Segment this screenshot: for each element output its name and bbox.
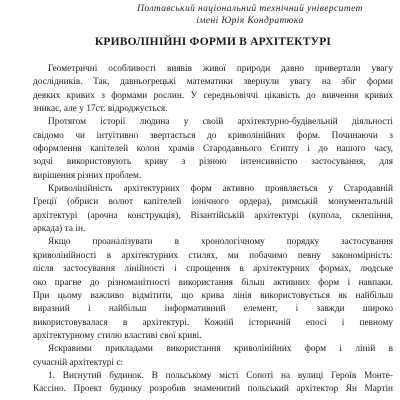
body-line: після застосування лінійності і спрощенн… <box>33 263 393 276</box>
body-line: виразний і найбільш інформативний елемен… <box>33 303 393 316</box>
body-line: При цьому важливо відмітити, що крива лі… <box>33 290 393 303</box>
body-line: аркада) та ін. <box>33 223 393 236</box>
body-line: Кассіно. Проект будинку розробив знамени… <box>33 383 393 396</box>
body-line: Яскравими прикладами використання кривол… <box>33 343 393 356</box>
university-name-line: імені Юрія Кондратюка <box>100 16 400 28</box>
body-line: використовувалася в архітектурі. Кожній … <box>33 317 393 330</box>
body-line: деяких кривих з формами рослин. У середн… <box>33 90 393 103</box>
paragraph: 1. Вигнутий будинок. В польському місті … <box>33 370 393 397</box>
document-title: КРИВОЛІНІЙНІ ФОРМИ В АРХІТЕКТУРІ <box>33 36 393 49</box>
paragraph: Якщо проаналізувати в хронологічному пор… <box>33 236 393 343</box>
body-line: Греції (обриси волют капітелей іонічного… <box>33 196 393 209</box>
paragraph: Яскравими прикладами використання кривол… <box>33 343 393 370</box>
body-line: зникає, але у 17ст. відроджується. <box>33 103 393 116</box>
paragraph: Протягом історії людина у своїй архітект… <box>33 116 393 183</box>
paragraph: Геометричні особливості виявів живої при… <box>33 63 393 116</box>
paragraph: Криволінійність архітектурних форм актив… <box>33 183 393 236</box>
document-page: Полтавський національний технічний уніве… <box>0 0 400 400</box>
body-line: Протягом історії людина у своїй архітект… <box>33 116 393 129</box>
body-line: Якщо проаналізувати в хронологічному пор… <box>33 236 393 249</box>
body-line: оформлення капітелей колон храмів Старод… <box>33 143 393 156</box>
body-line: дослідників. Так, давньогрецькі математи… <box>33 76 393 89</box>
document-body: Геометричні особливості виявів живої при… <box>33 63 393 397</box>
body-line: сучасній архітектурі є: <box>33 357 393 370</box>
body-line: зодчі використовують криву з різною інте… <box>33 156 393 169</box>
body-line: Геометричні особливості виявів живої при… <box>33 63 393 76</box>
body-line: архітектурі (арочна конструкція), Візант… <box>33 210 393 223</box>
university-header: Полтавський національний технічний уніве… <box>0 0 400 27</box>
body-line: вирішення різних проблем. <box>33 170 393 183</box>
body-line: Криволінійність архітектурних форм актив… <box>33 183 393 196</box>
body-line: 1. Вигнутий будинок. В польському місті … <box>33 370 393 383</box>
body-line: свідомо чи інтуїтивно звертається до кри… <box>33 130 393 143</box>
body-line: криволінійності в архітектурних стилях, … <box>33 250 393 263</box>
body-line: архітектурному стилю властиві свої криві… <box>33 330 393 343</box>
body-line: око прагне до різноманітності використан… <box>33 277 393 290</box>
university-name-line: Полтавський національний технічний уніве… <box>100 4 400 16</box>
